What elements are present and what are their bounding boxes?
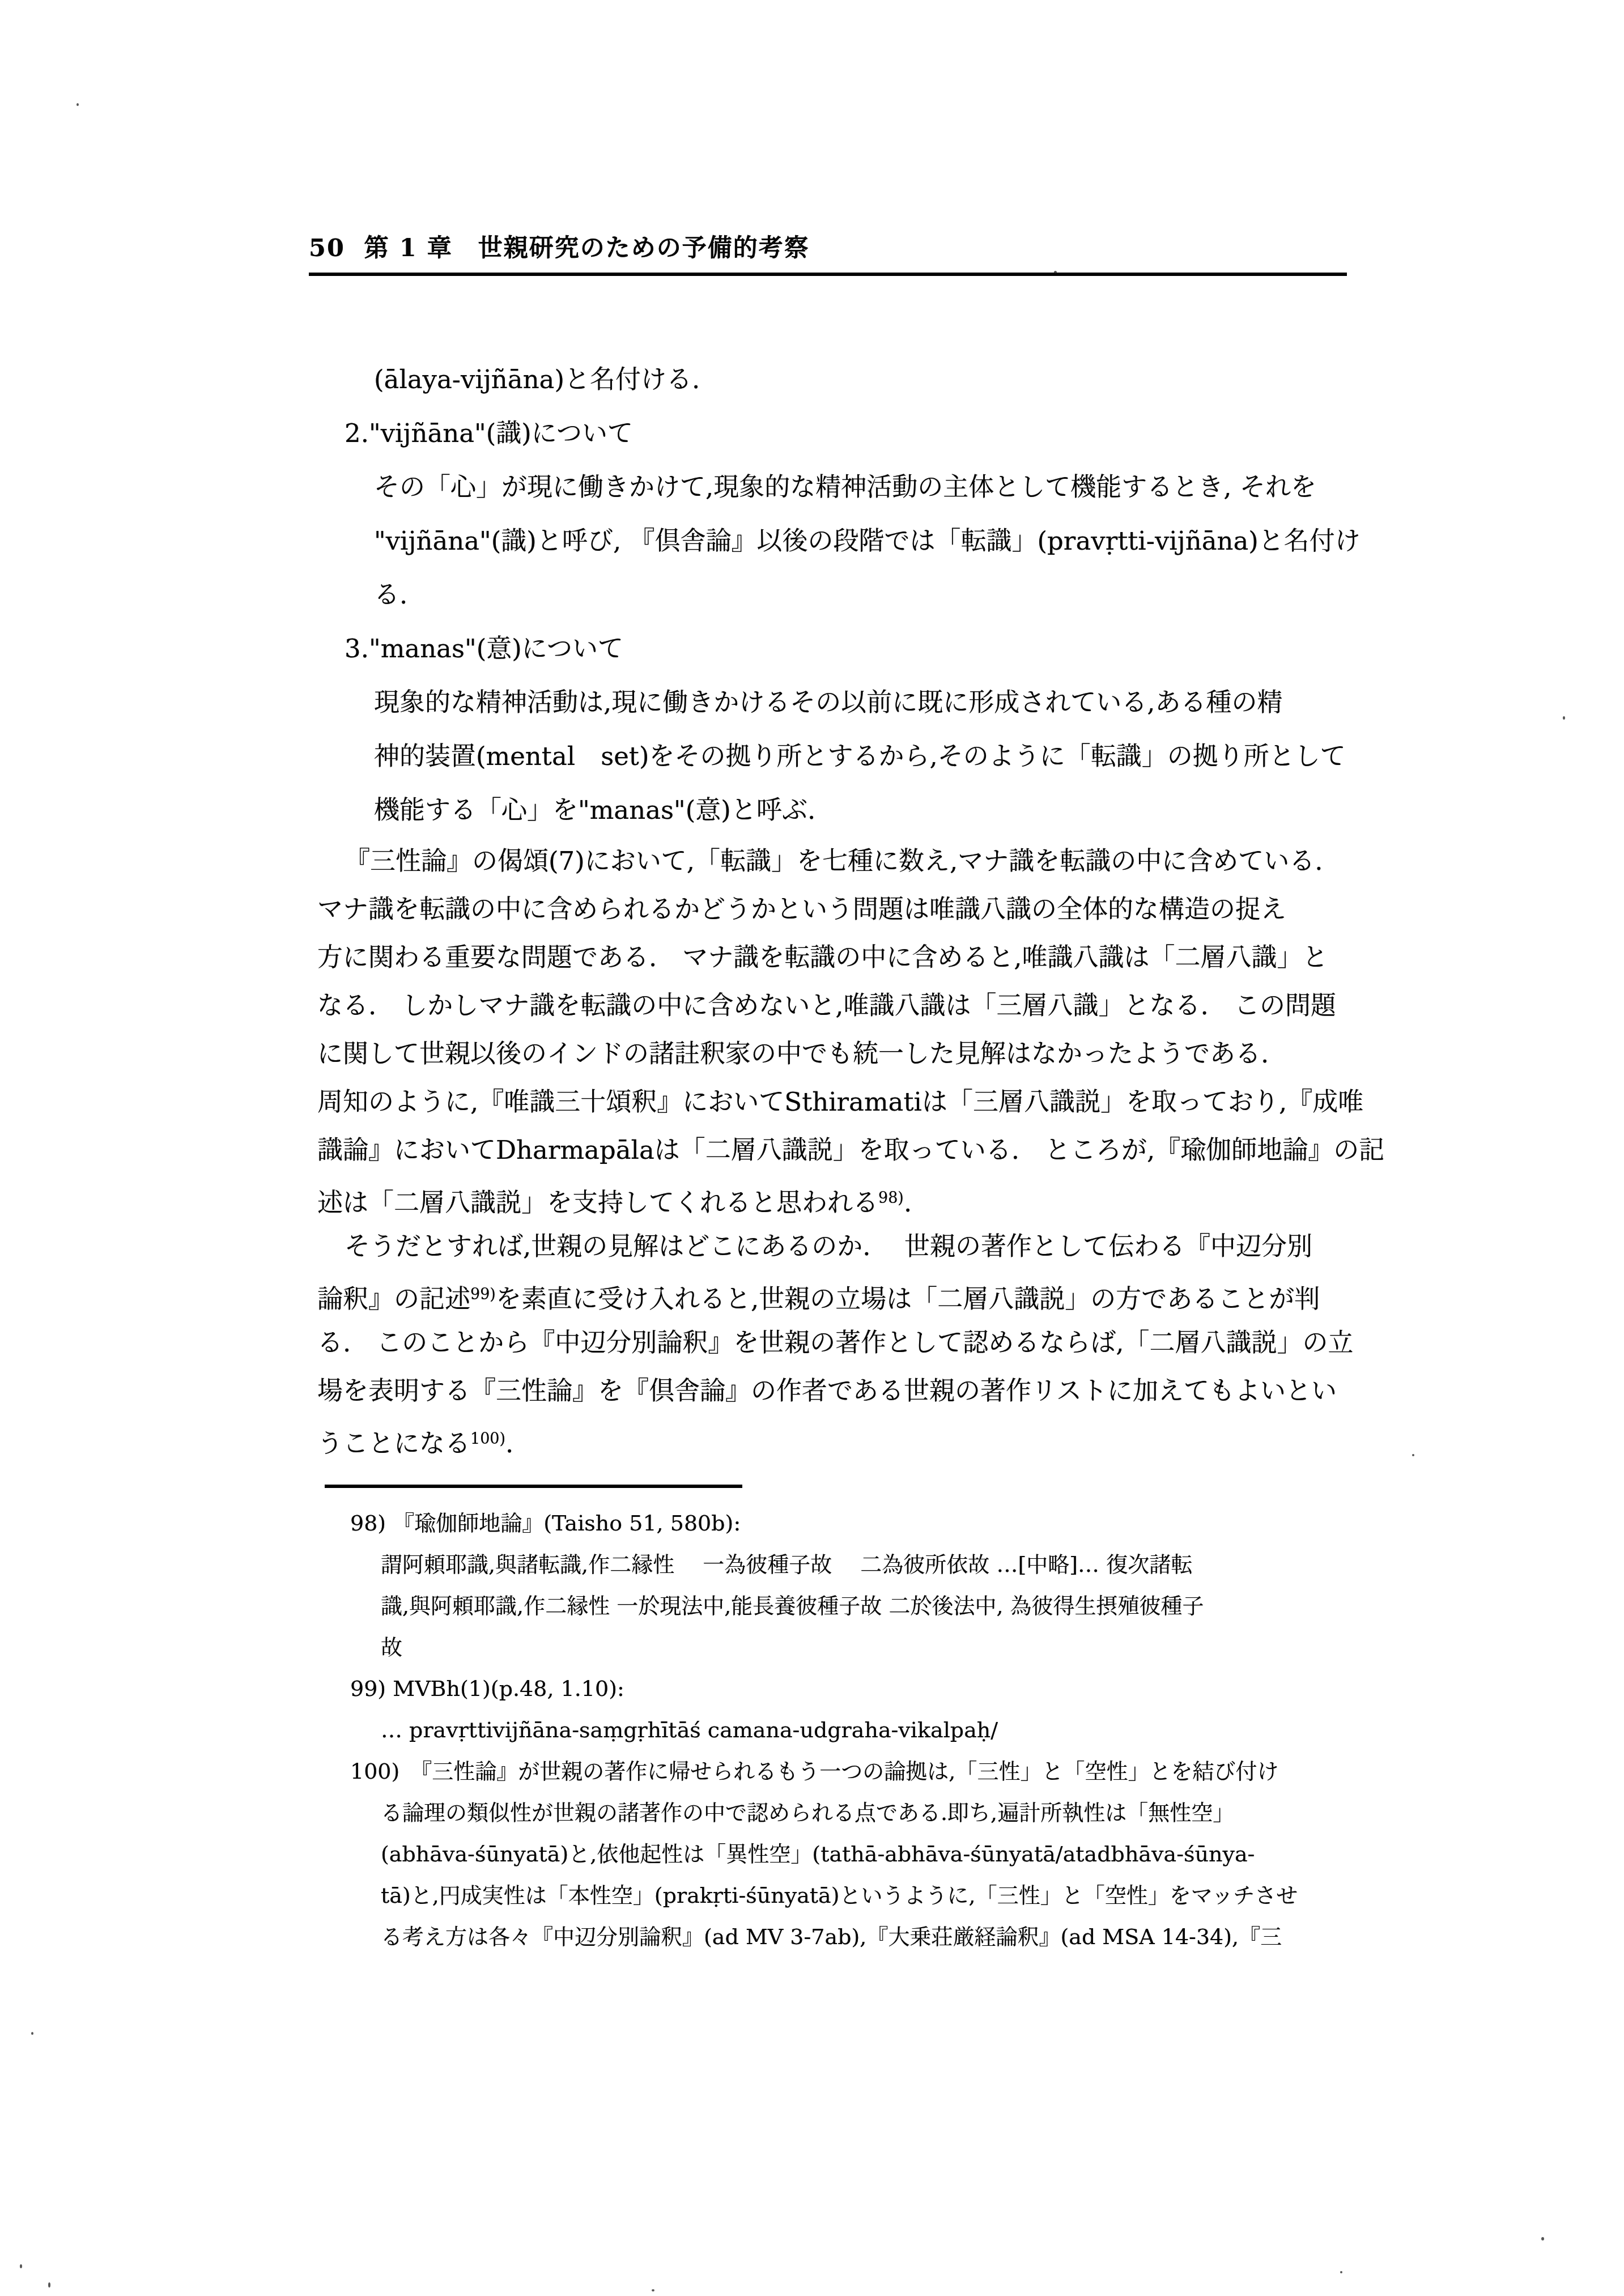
footnote-line: 100) 『三性論』が世親の著作に帰せられるもう一つの論拠は,「三性」と「空性」…: [317, 1751, 1405, 1792]
footnote-line: る考え方は各々『中辺分別論釈』(ad MV 3-7ab),『大乗荘厳経論釈』(a…: [317, 1916, 1405, 1958]
text-segment: マナ識を転識の中に含められるかどうかという問題は唯識八識の全体的な構造の捉え: [317, 894, 1286, 924]
text-line: 周知のように,『唯識三十頌釈』においてSthiramatiは「三層八識説」を取っ…: [317, 1078, 1391, 1126]
text-line: うことになる100).: [317, 1415, 1391, 1463]
text-line: 識論』においてDharmapālaは「二層八識説」を取っている. ところが,『瑜…: [317, 1126, 1391, 1174]
scan-speck: [1412, 1454, 1414, 1456]
text-segment: (abhāva-śūnyatā)と,依他起性は「異性空」(tathā-abhāv…: [381, 1842, 1255, 1866]
superscript-ref: 98): [878, 1189, 904, 1207]
text-segment: 2."vijñāna"(識)について: [345, 418, 633, 448]
scan-speck: [20, 2264, 22, 2268]
text-segment: そうだとすれば,世親の見解はどこにあるのか. 世親の著作として伝わる『中辺分別: [345, 1231, 1312, 1261]
text-line: マナ識を転識の中に含められるかどうかという問題は唯識八識の全体的な構造の捉え: [317, 885, 1391, 933]
superscript-ref: 100): [470, 1430, 505, 1448]
text-line: る. このことから『中辺分別論釈』を世親の著作として認めるならば,「二層八識説」…: [317, 1319, 1391, 1367]
footnote-line: 識,與阿頼耶識,作二縁性 一於現法中,能長養彼種子故 二於後法中, 為彼得生摂殖…: [317, 1585, 1405, 1627]
text-segment: 神的装置(mental set)をその拠り所とするから,そのように「転識」の拠り…: [374, 741, 1346, 771]
text-line: 機能する「心」を"manas"(意)と呼ぶ.: [317, 783, 1391, 837]
text-segment: 述は「二層八識説」を支持してくれると思われる: [317, 1188, 878, 1218]
scan-speck: [652, 2289, 654, 2291]
text-segment: 99) MVBh(1)(p.48, 1.10):: [350, 1676, 624, 1701]
chapter-title: 第 1 章 世親研究のための予備的考察: [364, 234, 810, 262]
text-line: る.: [317, 568, 1391, 622]
footnote-line: 98) 『瑜伽師地論』(Taisho 51, 580b):: [317, 1503, 1405, 1544]
text-segment: 3."manas"(意)について: [345, 633, 623, 664]
text-segment: 論釈』の記述: [317, 1284, 470, 1314]
text-line: その「心」が現に働きかけて,現象的な精神活動の主体として機能するとき, それを: [317, 460, 1391, 514]
text-segment: る論理の類似性が世親の諸著作の中で認められる点である.即ち,遍計所執性は「無性空…: [381, 1800, 1234, 1825]
footnotes: 98) 『瑜伽師地論』(Taisho 51, 580b):謂阿頼耶識,與諸転識,…: [317, 1503, 1405, 1958]
text-segment: る.: [374, 580, 407, 610]
page-number: 50: [309, 234, 345, 262]
text-line: 3."manas"(意)について: [317, 622, 1391, 675]
text-segment: なる. しかしマナ識を転識の中に含めないと,唯識八識は「三層八識」となる. この…: [317, 990, 1336, 1021]
text-line: 現象的な精神活動は,現に働きかけるその以前に既に形成されている,ある種の精: [317, 675, 1391, 729]
text-line: 方に関わる重要な問題である. マナ識を転識の中に含めると,唯識八識は「二層八識」…: [317, 933, 1391, 981]
text-segment: .: [904, 1188, 912, 1218]
footnote-line: … pravṛttivijñāna-saṃgṛhītāś camana-udgr…: [317, 1710, 1405, 1751]
scanned-book-page: 50第 1 章 世親研究のための予備的考察 (ālaya-vijñāna)と名付…: [0, 0, 1624, 2296]
scan-speck: [1541, 2237, 1544, 2240]
footnote-line: 故: [317, 1627, 1405, 1668]
scan-speck: [1054, 271, 1057, 274]
text-segment: 『三性論』の偈頌(7)において,「転識」を七種に数え,マナ識を転識の中に含めてい…: [345, 846, 1323, 876]
scan-speck: [76, 103, 79, 106]
scan-speck: [1563, 716, 1565, 720]
text-line: に関して世親以後のインドの諸註釈家の中でも統一した見解はなかったようである.: [317, 1030, 1391, 1078]
text-segment: 故: [381, 1635, 402, 1660]
text-segment: る考え方は各々『中辺分別論釈』(ad MV 3-7ab),『大乗荘厳経論釈』(a…: [381, 1924, 1282, 1949]
text-segment: (ālaya-vijñāna)と名付ける.: [374, 364, 700, 394]
text-segment: tā)と,円成実性は「本性空」(prakṛti-śūnyatā)というように,「…: [381, 1883, 1298, 1908]
superscript-ref: 99): [470, 1286, 496, 1303]
text-segment: … pravṛttivijñāna-saṃgṛhītāś camana-udgr…: [381, 1717, 998, 1742]
footnote-line: る論理の類似性が世親の諸著作の中で認められる点である.即ち,遍計所執性は「無性空…: [317, 1792, 1405, 1834]
text-segment: 謂阿頼耶識,與諸転識,作二縁性 一為彼種子故 二為彼所依故 …[中略]… 復次諸…: [381, 1552, 1192, 1577]
text-segment: る. このことから『中辺分別論釈』を世親の著作として認めるならば,「二層八識説」…: [317, 1328, 1354, 1358]
scan-speck: [48, 2282, 50, 2288]
text-line: (ālaya-vijñāna)と名付ける.: [317, 352, 1391, 406]
text-segment: 識論』においてDharmapālaは「二層八識説」を取っている. ところが,『瑜…: [317, 1135, 1384, 1165]
text-line: 2."vijñāna"(識)について: [317, 406, 1391, 460]
text-segment: 現象的な精神活動は,現に働きかけるその以前に既に形成されている,ある種の精: [374, 687, 1283, 717]
text-line: なる. しかしマナ識を転識の中に含めないと,唯識八識は「三層八識」となる. この…: [317, 981, 1391, 1030]
footnote-separator: [325, 1485, 742, 1488]
text-segment: .: [505, 1428, 513, 1459]
text-line: そうだとすれば,世親の見解はどこにあるのか. 世親の著作として伝わる『中辺分別: [317, 1222, 1391, 1270]
scan-speck: [1340, 2271, 1342, 2273]
body-text: (ālaya-vijñāna)と名付ける.2."vijñāna"(識)についてそ…: [317, 352, 1391, 1463]
text-segment: に関して世親以後のインドの諸註釈家の中でも統一した見解はなかったようである.: [317, 1039, 1269, 1069]
text-line: 神的装置(mental set)をその拠り所とするから,そのように「転識」の拠り…: [317, 729, 1391, 783]
text-segment: 方に関わる重要な問題である. マナ識を転識の中に含めると,唯識八識は「二層八識」…: [317, 942, 1328, 972]
text-segment: "vijñāna"(識)と呼び, 『倶舎論』以後の段階では「転識」(pravṛt…: [374, 526, 1361, 556]
text-segment: 周知のように,『唯識三十頌釈』においてSthiramatiは「三層八識説」を取っ…: [317, 1087, 1363, 1117]
text-segment: 識,與阿頼耶識,作二縁性 一於現法中,能長養彼種子故 二於後法中, 為彼得生摂殖…: [381, 1593, 1204, 1618]
footnote-line: 謂阿頼耶識,與諸転識,作二縁性 一為彼種子故 二為彼所依故 …[中略]… 復次諸…: [317, 1544, 1405, 1585]
text-line: 場を表明する『三性論』を『倶舎論』の作者である世親の著作リストに加えてもよいとい: [317, 1367, 1391, 1415]
footnote-line: 99) MVBh(1)(p.48, 1.10):: [317, 1668, 1405, 1710]
running-head: 50第 1 章 世親研究のための予備的考察: [309, 229, 1347, 276]
text-segment: 98) 『瑜伽師地論』(Taisho 51, 580b):: [350, 1511, 741, 1536]
text-segment: 100) 『三性論』が世親の著作に帰せられるもう一つの論拠は,「三性」と「空性」…: [350, 1759, 1278, 1784]
text-segment: を素直に受け入れると,世親の立場は「二層八識説」の方であることが判: [496, 1284, 1320, 1314]
text-segment: うことになる: [317, 1428, 470, 1459]
text-line: "vijñāna"(識)と呼び, 『倶舎論』以後の段階では「転識」(pravṛt…: [317, 514, 1391, 568]
text-segment: 場を表明する『三性論』を『倶舎論』の作者である世親の著作リストに加えてもよいとい: [317, 1376, 1337, 1406]
footnote-line: (abhāva-śūnyatā)と,依他起性は「異性空」(tathā-abhāv…: [317, 1834, 1405, 1875]
text-line: 論釈』の記述99)を素直に受け入れると,世親の立場は「二層八識説」の方であること…: [317, 1270, 1391, 1319]
text-segment: その「心」が現に働きかけて,現象的な精神活動の主体として機能するとき, それを: [374, 472, 1316, 502]
text-segment: 機能する「心」を"manas"(意)と呼ぶ.: [374, 795, 815, 825]
text-line: 『三性論』の偈頌(7)において,「転識」を七種に数え,マナ識を転識の中に含めてい…: [317, 837, 1391, 885]
scan-speck: [31, 2032, 33, 2035]
text-line: 述は「二層八識説」を支持してくれると思われる98).: [317, 1174, 1391, 1222]
footnote-line: tā)と,円成実性は「本性空」(prakṛti-śūnyatā)というように,「…: [317, 1875, 1405, 1916]
